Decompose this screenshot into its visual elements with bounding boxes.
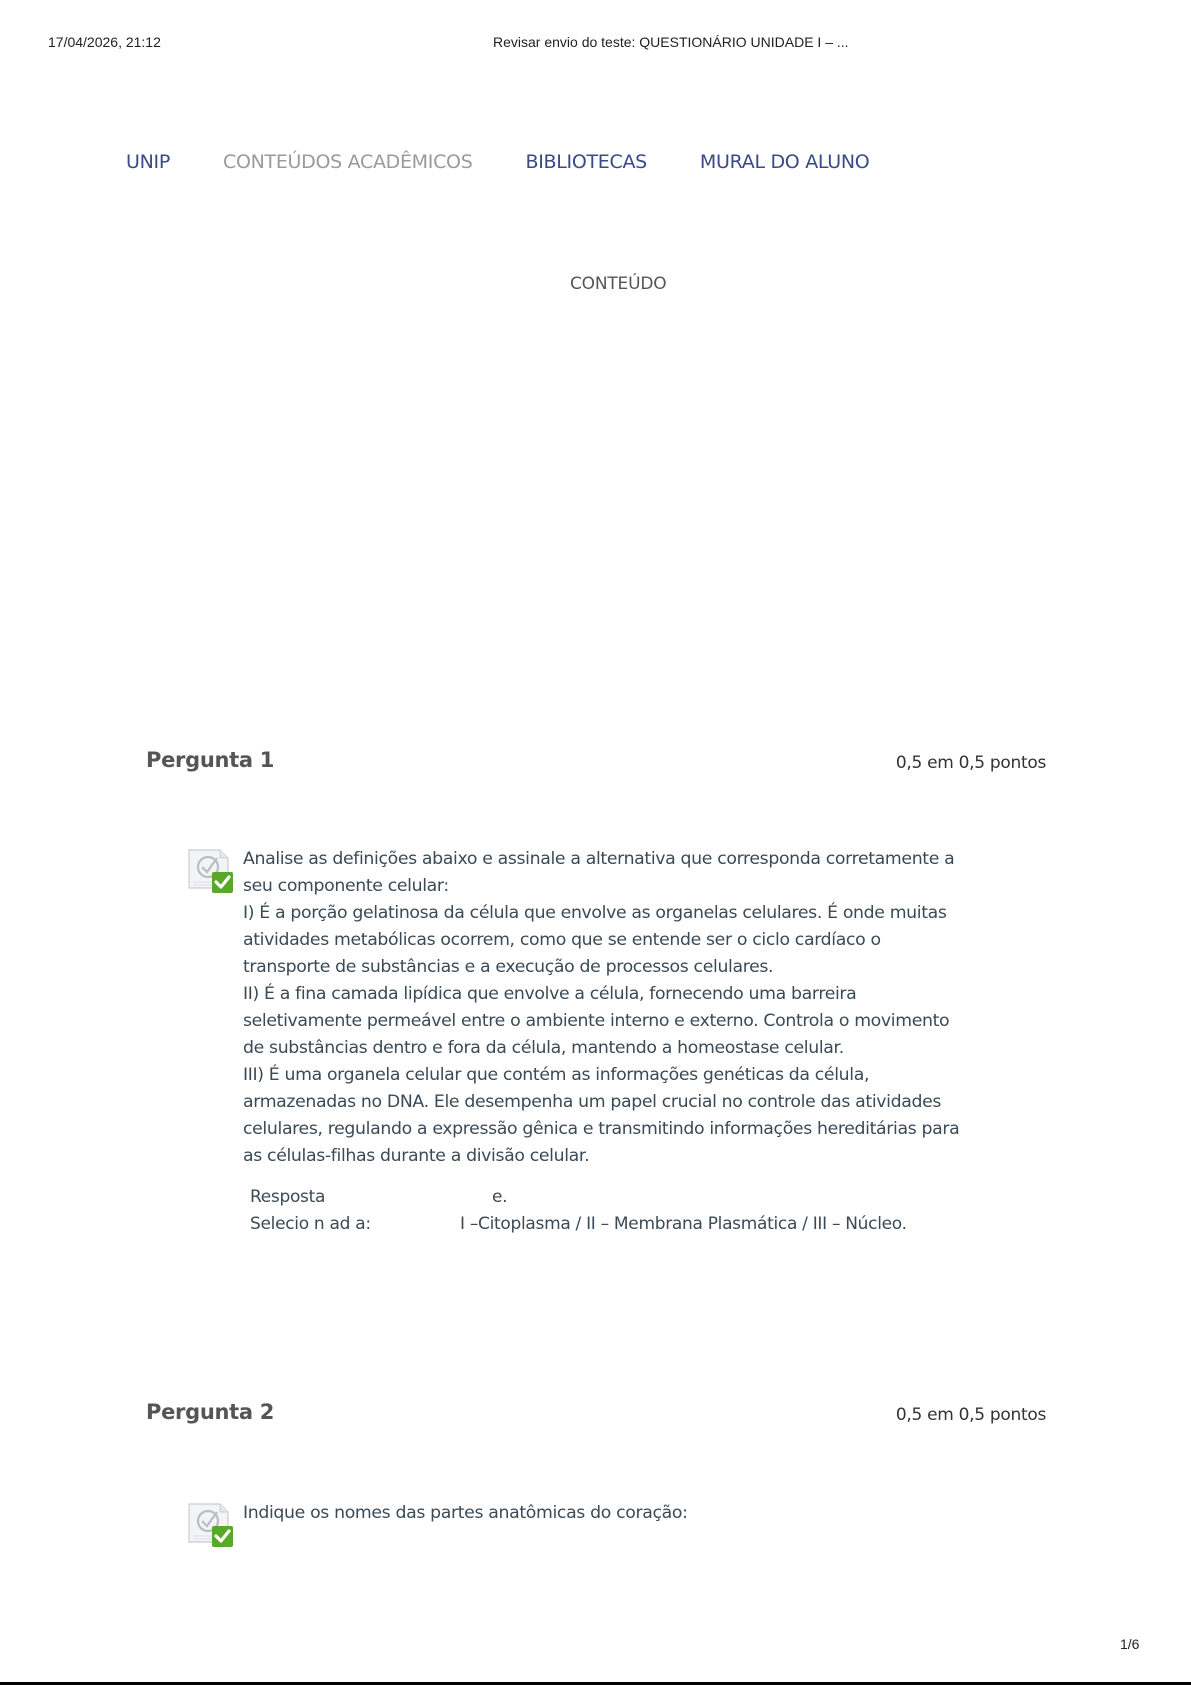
print-header: 17/04/2026, 21:12 Revisar envio do teste… — [0, 34, 1191, 54]
question-header: Pergunta 1 0,5 em 0,5 pontos — [146, 748, 1046, 778]
question-title: Pergunta 1 — [146, 748, 274, 772]
question-points: 0,5 em 0,5 pontos — [896, 1405, 1046, 1425]
nav-item-unip[interactable]: UNIP — [126, 151, 170, 173]
question-text: Indique os nomes das partes anatômicas d… — [243, 1500, 1043, 1527]
nav-item-mural-do-aluno[interactable]: MURAL DO ALUNO — [700, 151, 870, 173]
answer-label: Resposta Selecio n ad a: — [250, 1184, 450, 1238]
print-datetime: 17/04/2026, 21:12 — [48, 34, 161, 50]
question-points: 0,5 em 0,5 pontos — [896, 753, 1046, 773]
answer-value: I –Citoplasma / II – Membrana Plasmática… — [460, 1211, 907, 1238]
nav-item-bibliotecas[interactable]: BIBLIOTECAS — [525, 151, 646, 173]
page-number: 1/6 — [1120, 1636, 1139, 1652]
print-page-title: Revisar envio do teste: QUESTIONÁRIO UNI… — [493, 34, 849, 50]
question-header: Pergunta 2 0,5 em 0,5 pontos — [146, 1400, 1046, 1430]
correct-check-icon — [186, 846, 236, 896]
section-title: CONTEÚDO — [570, 274, 666, 294]
nav-item-conteudos-academicos[interactable]: CONTEÚDOS ACADÊMICOS — [223, 151, 472, 173]
question-title: Pergunta 2 — [146, 1400, 274, 1424]
answer-letter: e. — [492, 1184, 507, 1211]
question-text: Analise as definições abaixo e assinale … — [243, 846, 1043, 1170]
top-navigation: UNIP CONTEÚDOS ACADÊMICOS BIBLIOTECAS MU… — [126, 151, 869, 173]
correct-check-icon — [186, 1500, 236, 1550]
